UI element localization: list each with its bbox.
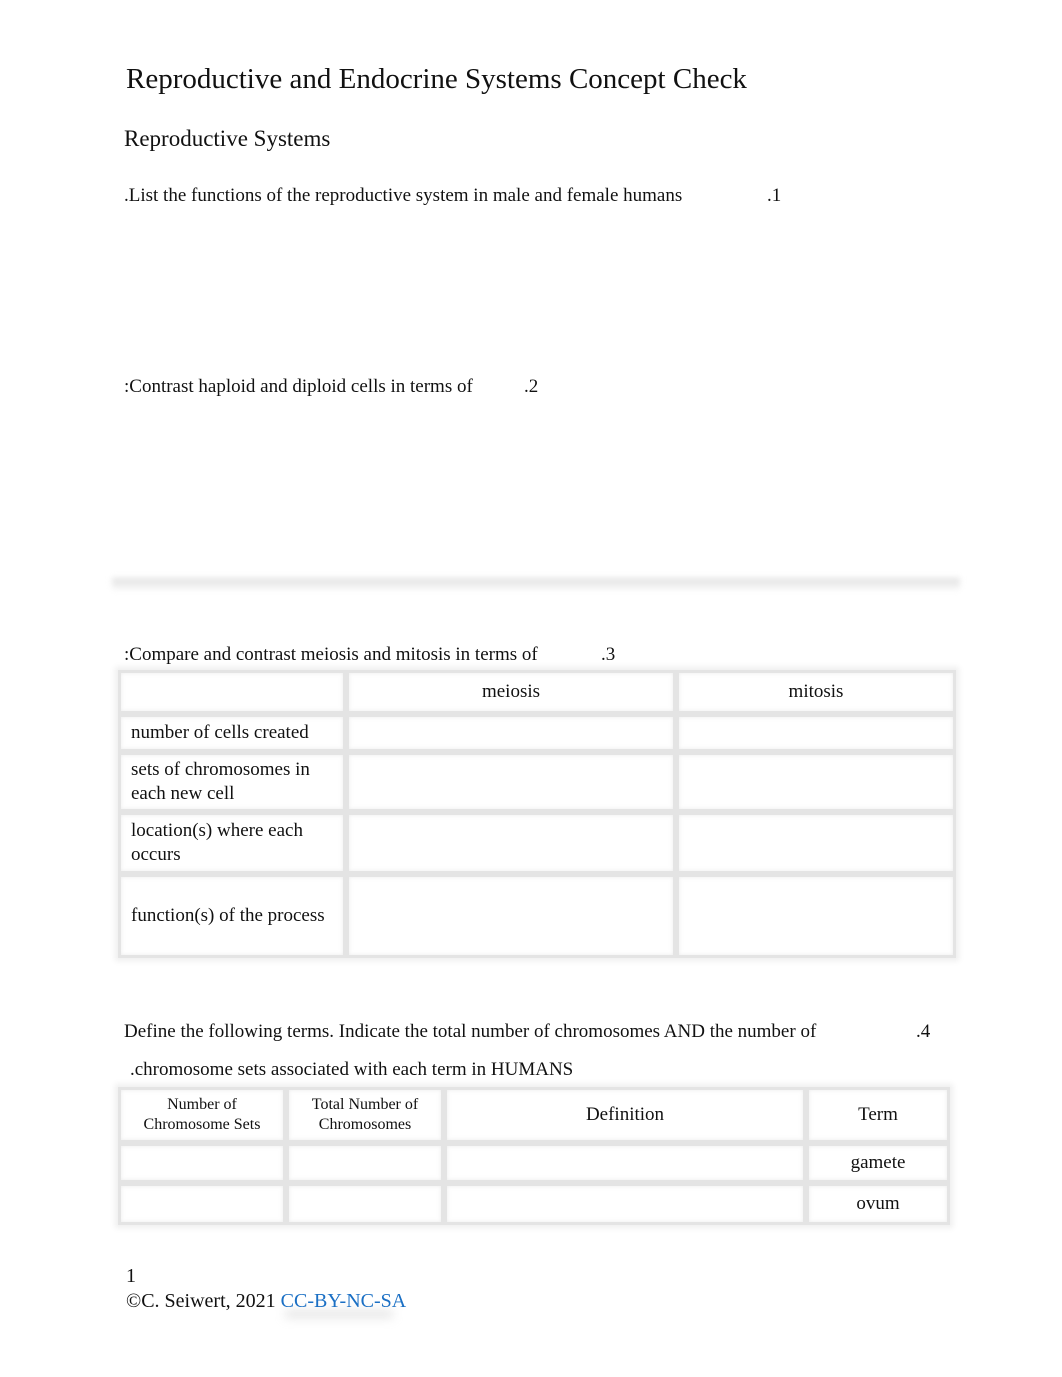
table-row: function(s) of the process (118, 874, 956, 958)
header-cell-chromosome-sets: Number of Chromosome Sets (118, 1087, 286, 1143)
table-row: ovum (118, 1183, 950, 1225)
mitosis-answer-cell[interactable] (676, 874, 956, 958)
table-row: location(s) where each occurs (118, 812, 956, 874)
table-header-row: meiosis mitosis (118, 670, 956, 714)
definition-answer-cell[interactable] (444, 1183, 806, 1225)
table-row: number of cells created (118, 714, 956, 752)
header-cell-definition: Definition (444, 1087, 806, 1143)
header-line: Total Number of (295, 1095, 435, 1115)
row-label: function(s) of the process (118, 874, 346, 958)
copyright-text: ©C. Seiwert, 2021 (126, 1290, 276, 1312)
mitosis-answer-cell[interactable] (676, 752, 956, 812)
definition-answer-cell[interactable] (444, 1143, 806, 1183)
question-2-number: .2 (524, 375, 538, 399)
row-label: location(s) where each occurs (118, 812, 346, 874)
header-line: Number of (127, 1095, 277, 1115)
row-label-line: occurs (131, 843, 337, 867)
table-header-row: Number of Chromosome Sets Total Number o… (118, 1087, 950, 1143)
header-cell-term: Term (806, 1087, 950, 1143)
row-label-line: sets of chromosomes in (131, 758, 337, 782)
question-1-number: .1 (767, 184, 781, 208)
term-cell: ovum (806, 1183, 950, 1225)
meiosis-mitosis-table: meiosis mitosis number of cells created … (118, 670, 956, 958)
sets-answer-cell[interactable] (118, 1183, 286, 1225)
row-label-line: each new cell (131, 782, 337, 806)
meiosis-answer-cell[interactable] (346, 812, 676, 874)
license-link[interactable]: CC-BY-NC-SA (281, 1290, 407, 1312)
question-1-text: .List the functions of the reproductive … (124, 184, 682, 208)
question-3-text: :Compare and contrast meiosis and mitosi… (124, 643, 538, 667)
header-line: Chromosomes (295, 1115, 435, 1135)
mitosis-answer-cell[interactable] (676, 812, 956, 874)
document-title: Reproductive and Endocrine Systems Conce… (126, 60, 747, 98)
header-cell-mitosis: mitosis (676, 670, 956, 714)
total-answer-cell[interactable] (286, 1143, 444, 1183)
section-heading: Reproductive Systems (124, 125, 330, 153)
header-cell-meiosis: meiosis (346, 670, 676, 714)
question-4-text-line1: Define the following terms. Indicate the… (124, 1020, 816, 1044)
row-label: number of cells created (118, 714, 346, 752)
question-2-text: :Contrast haploid and diploid cells in t… (124, 375, 473, 399)
page-number: 1 (126, 1264, 136, 1288)
blurred-content-band (112, 578, 960, 590)
header-cell-total-chromosomes: Total Number of Chromosomes (286, 1087, 444, 1143)
meiosis-answer-cell[interactable] (346, 752, 676, 812)
header-line: Chromosome Sets (127, 1115, 277, 1135)
question-4-number: .4 (916, 1020, 930, 1044)
term-cell: gamete (806, 1143, 950, 1183)
table-row: gamete (118, 1143, 950, 1183)
total-answer-cell[interactable] (286, 1183, 444, 1225)
question-3-number: .3 (601, 643, 615, 667)
table-row: sets of chromosomes in each new cell (118, 752, 956, 812)
header-cell-empty (118, 670, 346, 714)
meiosis-answer-cell[interactable] (346, 714, 676, 752)
sets-answer-cell[interactable] (118, 1143, 286, 1183)
row-label-line: location(s) where each (131, 819, 337, 843)
footer: ©C. Seiwert, 2021 CC-BY-NC-SA (126, 1289, 406, 1313)
row-label: sets of chromosomes in each new cell (118, 752, 346, 812)
terms-table: Number of Chromosome Sets Total Number o… (118, 1087, 950, 1225)
meiosis-answer-cell[interactable] (346, 874, 676, 958)
question-4-text-line2: .chromosome sets associated with each te… (130, 1058, 573, 1082)
mitosis-answer-cell[interactable] (676, 714, 956, 752)
